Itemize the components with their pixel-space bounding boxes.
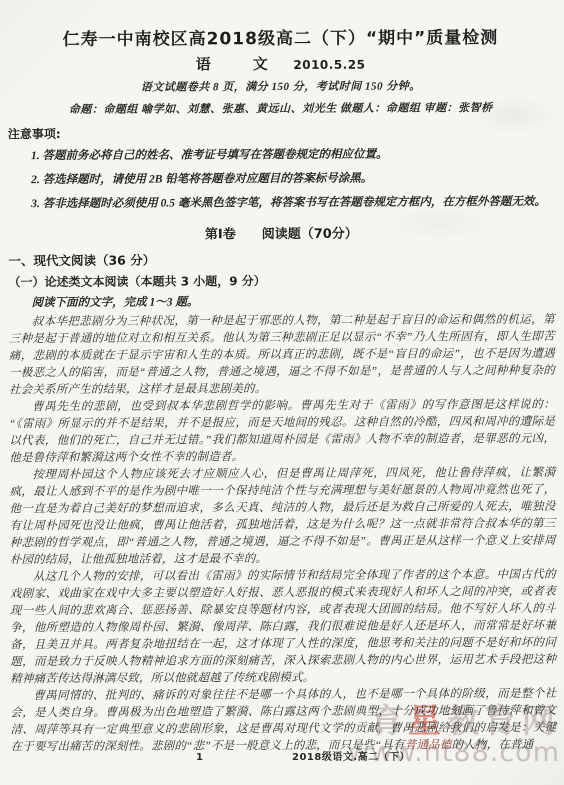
subject-name-right: 文	[253, 55, 270, 73]
part-one-heading: 一、现代文阅读（36 分）	[8, 249, 554, 269]
passage-paragraph-5-highlight: 普通品德	[405, 739, 452, 751]
volume-section-label: 阅读题（70分）	[262, 227, 358, 242]
passage-paragraph-3: 按理周朴园这个人物应该死去才应顺应人心，但是曹禺让周萍死，四凤死，他让鲁侍萍疯，…	[9, 465, 555, 569]
subject-name-left: 语	[196, 55, 213, 73]
subject-line: 语文 2010.5.25	[8, 52, 554, 75]
passage: 叔本华把悲剧分为三种状况，第一种是起于邪恶的人物，第二种是起于盲目的命运和偶然的…	[9, 312, 557, 756]
notice-item-3: 3. 答非选择题时必须使用 0.5 毫米黑色签字笔，将答案书写在答题卷规定方框内…	[8, 192, 554, 214]
passage-paragraph-1: 叔本华把悲剧分为三种状况，第一种是起于邪恶的人物，第二种是起于盲目的命运和偶然的…	[9, 312, 555, 399]
section-volume-title: 第Ⅰ卷阅读题（70分）	[8, 222, 554, 243]
reading-instruction: 阅读下面的文字，完成 1～3 题。	[9, 292, 555, 310]
subpart-heading: （一）论述类文本阅读（本题共 3 小题，9 分）	[8, 271, 554, 290]
passage-paragraph-2: 曹禺先生的悲剧，也受到叔本华悲剧哲学的影响。曹禺先生对于《雷雨》的写作意图是这样…	[9, 397, 555, 467]
notices-heading: 注意事项:	[8, 123, 554, 142]
exam-info-line: 语文试题卷共 8 页，满分 150 分，考试时间 150 分钟。	[8, 77, 554, 95]
footer-doc-label: 2018级语文.高二（下）	[292, 748, 410, 763]
exam-date: 2010.5.25	[293, 58, 365, 72]
volume-label: 第Ⅰ卷	[205, 227, 236, 242]
notice-item-1: 1. 答题前务必将自己的姓名、准考证号填写在答题卷规定的相应位置。	[8, 144, 554, 166]
exam-paper-page: 育星教育网 www.ht88.com 仁寿一中南校区高2018级高二（下）“期中…	[0, 0, 564, 785]
notice-item-2: 2. 答选择题时，请使用 2B 铅笔将答题卷对应题目的答案标号涂黑。	[8, 168, 554, 190]
page-content: 仁寿一中南校区高2018级高二（下）“期中”质量检测 语文 2010.5.25 …	[0, 23, 564, 756]
footer-page-number: 1	[196, 752, 203, 763]
page-title: 仁寿一中南校区高2018级高二（下）“期中”质量检测	[7, 23, 553, 50]
passage-paragraph-4: 从这几个人物的安排，可以看出《雷雨》的实际情节和结局完全体现了作者的这个本意。中…	[10, 567, 557, 688]
passage-paragraph-5: 曹禺同情的、批判的、痛诉的对象往往不是哪一个具体的人，也不是哪一个具体的阶级，而…	[10, 686, 556, 756]
exam-authors-line: 命题：命题组 喻学如、刘慧、张惠、黄远山、刘光生 做题人：命题组 审题：张智桥	[8, 99, 554, 117]
passage-paragraph-5-post: 的人物，在普通	[452, 739, 534, 751]
